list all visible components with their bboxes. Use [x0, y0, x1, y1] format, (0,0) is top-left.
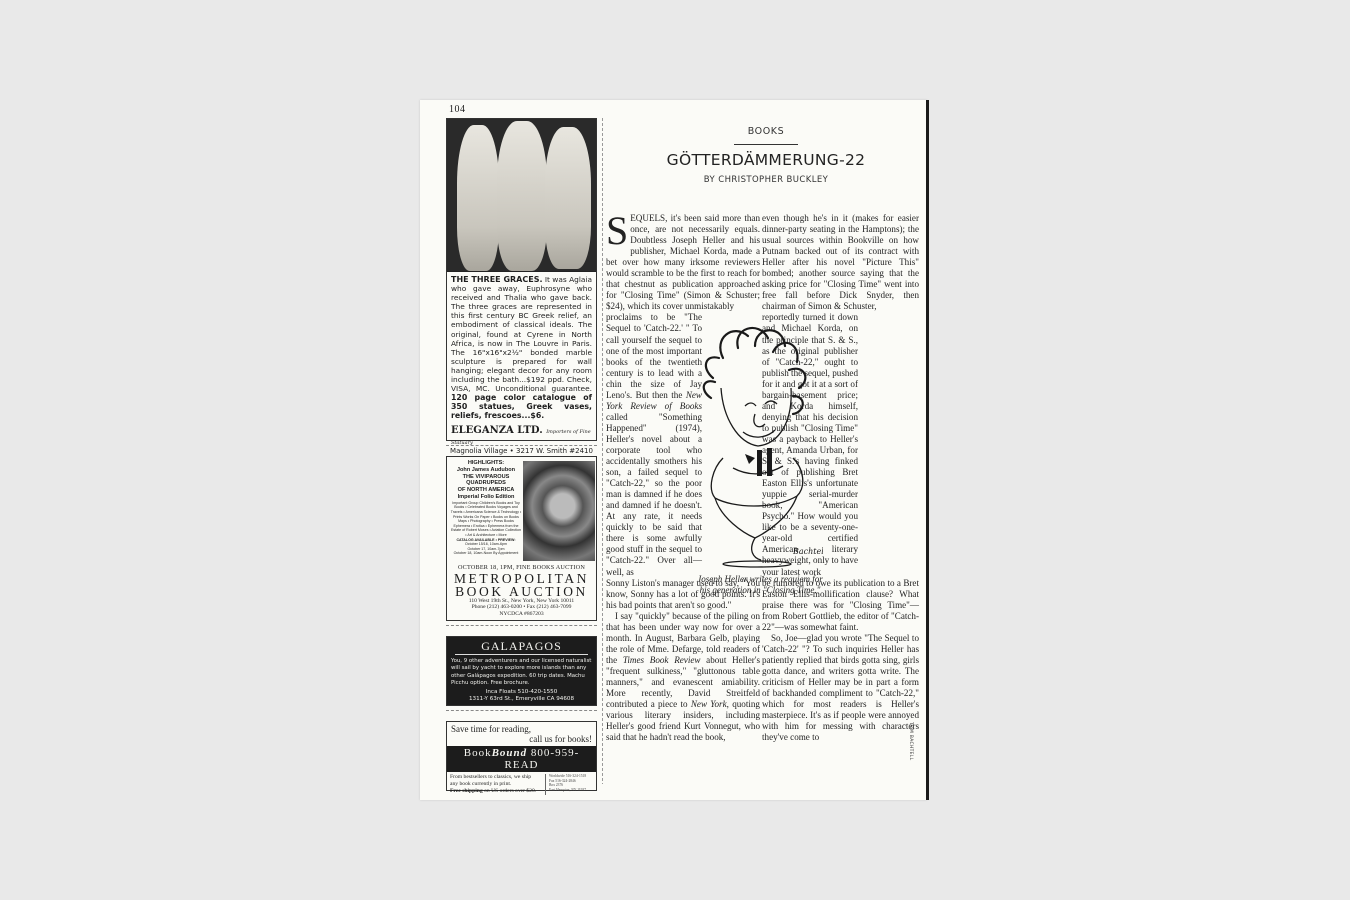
highlights-edition: Imperial Folio Edition [450, 494, 522, 501]
three-graces-offer: 120 page color catalogue of 350 statues,… [451, 393, 592, 420]
audubon-lynx-illustration [523, 461, 595, 561]
bookbound-copy: From bestsellers to classics, we ship an… [450, 774, 545, 795]
eleganza-firm: ELEGANZA LTD. Importers of Fine Statuary [447, 421, 596, 447]
kicker-rule [734, 144, 798, 145]
article-byline: BY CHRISTOPHER BUCKLEY [605, 175, 927, 185]
preview-time-3: October 18, 10am-Noon By Appointment [450, 551, 522, 556]
section-kicker: BOOKS [605, 126, 927, 137]
galapagos-phone: Inca Floats 510-420-1550 [447, 689, 596, 696]
eleganza-name: ELEGANZA LTD. [451, 425, 543, 436]
statue-figure-right [545, 127, 591, 269]
magazine-page: 104 THE THREE GRACES. It was Aglaia who … [420, 100, 927, 800]
eleganza-address-line1: Magnolia Village • 3217 W. Smith #2410 [447, 447, 596, 456]
bookbound-brand-italic: Bound [492, 747, 528, 759]
page-number: 104 [449, 104, 466, 115]
three-graces-body: It was Aglaia who gave away, Euphrosyne … [451, 275, 592, 393]
ad-divider [446, 710, 597, 717]
illustrator-signature: Bachtell [792, 547, 823, 556]
bookbound-footer: From bestsellers to classics, we ship an… [447, 772, 596, 797]
auction-details: Important Group Children's Books and Toy… [450, 501, 522, 538]
galapagos-address: 1311-Y 63rd St., Emeryville CA 94608 [447, 696, 596, 703]
italic-times-book-review: Times Book Review [623, 655, 701, 665]
statue-figure-left [457, 125, 499, 271]
ad-bookbound: Save time for reading, call us for books… [446, 721, 597, 791]
galapagos-contact: Inca Floats 510-420-1550 1311-Y 63rd St.… [447, 687, 596, 703]
highlights-label: HIGHLIGHTS: [450, 460, 522, 467]
paragraph-2: I say "quickly" because of the piling on… [606, 611, 760, 744]
italic-new-york: New York [691, 699, 727, 709]
ad-galapagos: GALAPAGOS You, 9 other adventurers and o… [446, 636, 597, 706]
highlights-title-1: THE VIVIPAROUS [450, 474, 522, 481]
bookbound-brand: Book [464, 747, 492, 759]
galapagos-body: You, 9 other adventurers and our license… [447, 655, 596, 687]
ad-metropolitan-book-auction: HIGHLIGHTS: John James Audubon THE VIVIP… [446, 456, 597, 621]
auction-license: NYCDCA #867203 [447, 611, 596, 617]
auction-contact: 110 West 19th St., New York, New York 10… [447, 598, 596, 617]
paragraph-1-narrow-b: called "Something Happened" (1974), Hell… [606, 412, 702, 577]
bookbound-copy-line1: From bestsellers to classics, we ship [450, 774, 545, 781]
auction-name-line2: BOOK AUCTION [447, 586, 596, 599]
auction-house-name: METROPOLITAN BOOK AUCTION [447, 573, 596, 598]
illustration-caption: Joseph Heller writes a requiem for his g… [695, 574, 825, 595]
article-header: BOOKS GÖTTERDÄMMERUNG-22 BY CHRISTOPHER … [605, 126, 927, 185]
paragraph-1: SEQUELS, it's been said more than once, … [606, 213, 760, 312]
galapagos-title: GALAPAGOS [455, 637, 588, 655]
bookbound-shipping-rest: on US orders over $20. [484, 788, 536, 794]
article-title: GÖTTERDÄMMERUNG-22 [605, 151, 927, 169]
ad-column: THE THREE GRACES. It was Aglaia who gave… [446, 118, 597, 791]
drop-cap: S [606, 215, 628, 247]
three-graces-copy: THE THREE GRACES. It was Aglaia who gave… [447, 272, 596, 421]
heller-caricature-illustration: Bachtell [693, 318, 823, 576]
bookbound-banner: BookBound 800-959-READ [447, 746, 596, 772]
bookbound-city: East Hampton, NY 11937 [549, 788, 593, 793]
illustration-credit: TOM BACHTELL [908, 722, 913, 760]
lead-smallcaps: EQUELS [630, 213, 665, 223]
bookbound-shipping-bold: Free shipping [450, 788, 483, 794]
three-graces-headline: THE THREE GRACES. [451, 275, 543, 284]
auction-highlights: HIGHLIGHTS: John James Audubon THE VIVIP… [450, 460, 522, 556]
column-2-paragraph-2: So, Joe—glad you wrote "The Sequel to 'C… [762, 633, 919, 743]
highlights-title-2: QUADRUPEDS [450, 480, 522, 487]
bookbound-tagline-1: Save time for reading, [447, 722, 596, 734]
column-2-wide: even though he's in it (makes for easier… [762, 213, 919, 312]
paragraph-1-narrow: proclaims to be "The Sequel to 'Catch-22… [606, 312, 702, 577]
ad-divider [446, 625, 597, 632]
three-graces-photo [447, 119, 596, 272]
highlights-author: John James Audubon [450, 467, 522, 474]
auction-date: OCTOBER 18, 1PM, FINE BOOKS AUCTION [447, 564, 596, 571]
bookbound-copy-line2: any book currently in print. [450, 781, 545, 788]
bookbound-contact: Worldwide 516-324-1518 Fax 516-324-2846 … [545, 774, 593, 795]
highlights-title-3: OF NORTH AMERICA [450, 487, 522, 494]
statue-figure-center [497, 121, 547, 271]
paragraph-1-wide: , it's been said more than once, are not… [606, 213, 760, 311]
page-spine-edge [926, 100, 929, 800]
bookbound-tagline-2: call us for books! [447, 734, 596, 746]
column-divider [602, 118, 603, 784]
ad-three-graces: THE THREE GRACES. It was Aglaia who gave… [446, 118, 597, 441]
paragraph-1-narrow-a: proclaims to be "The Sequel to 'Catch-22… [606, 312, 702, 399]
